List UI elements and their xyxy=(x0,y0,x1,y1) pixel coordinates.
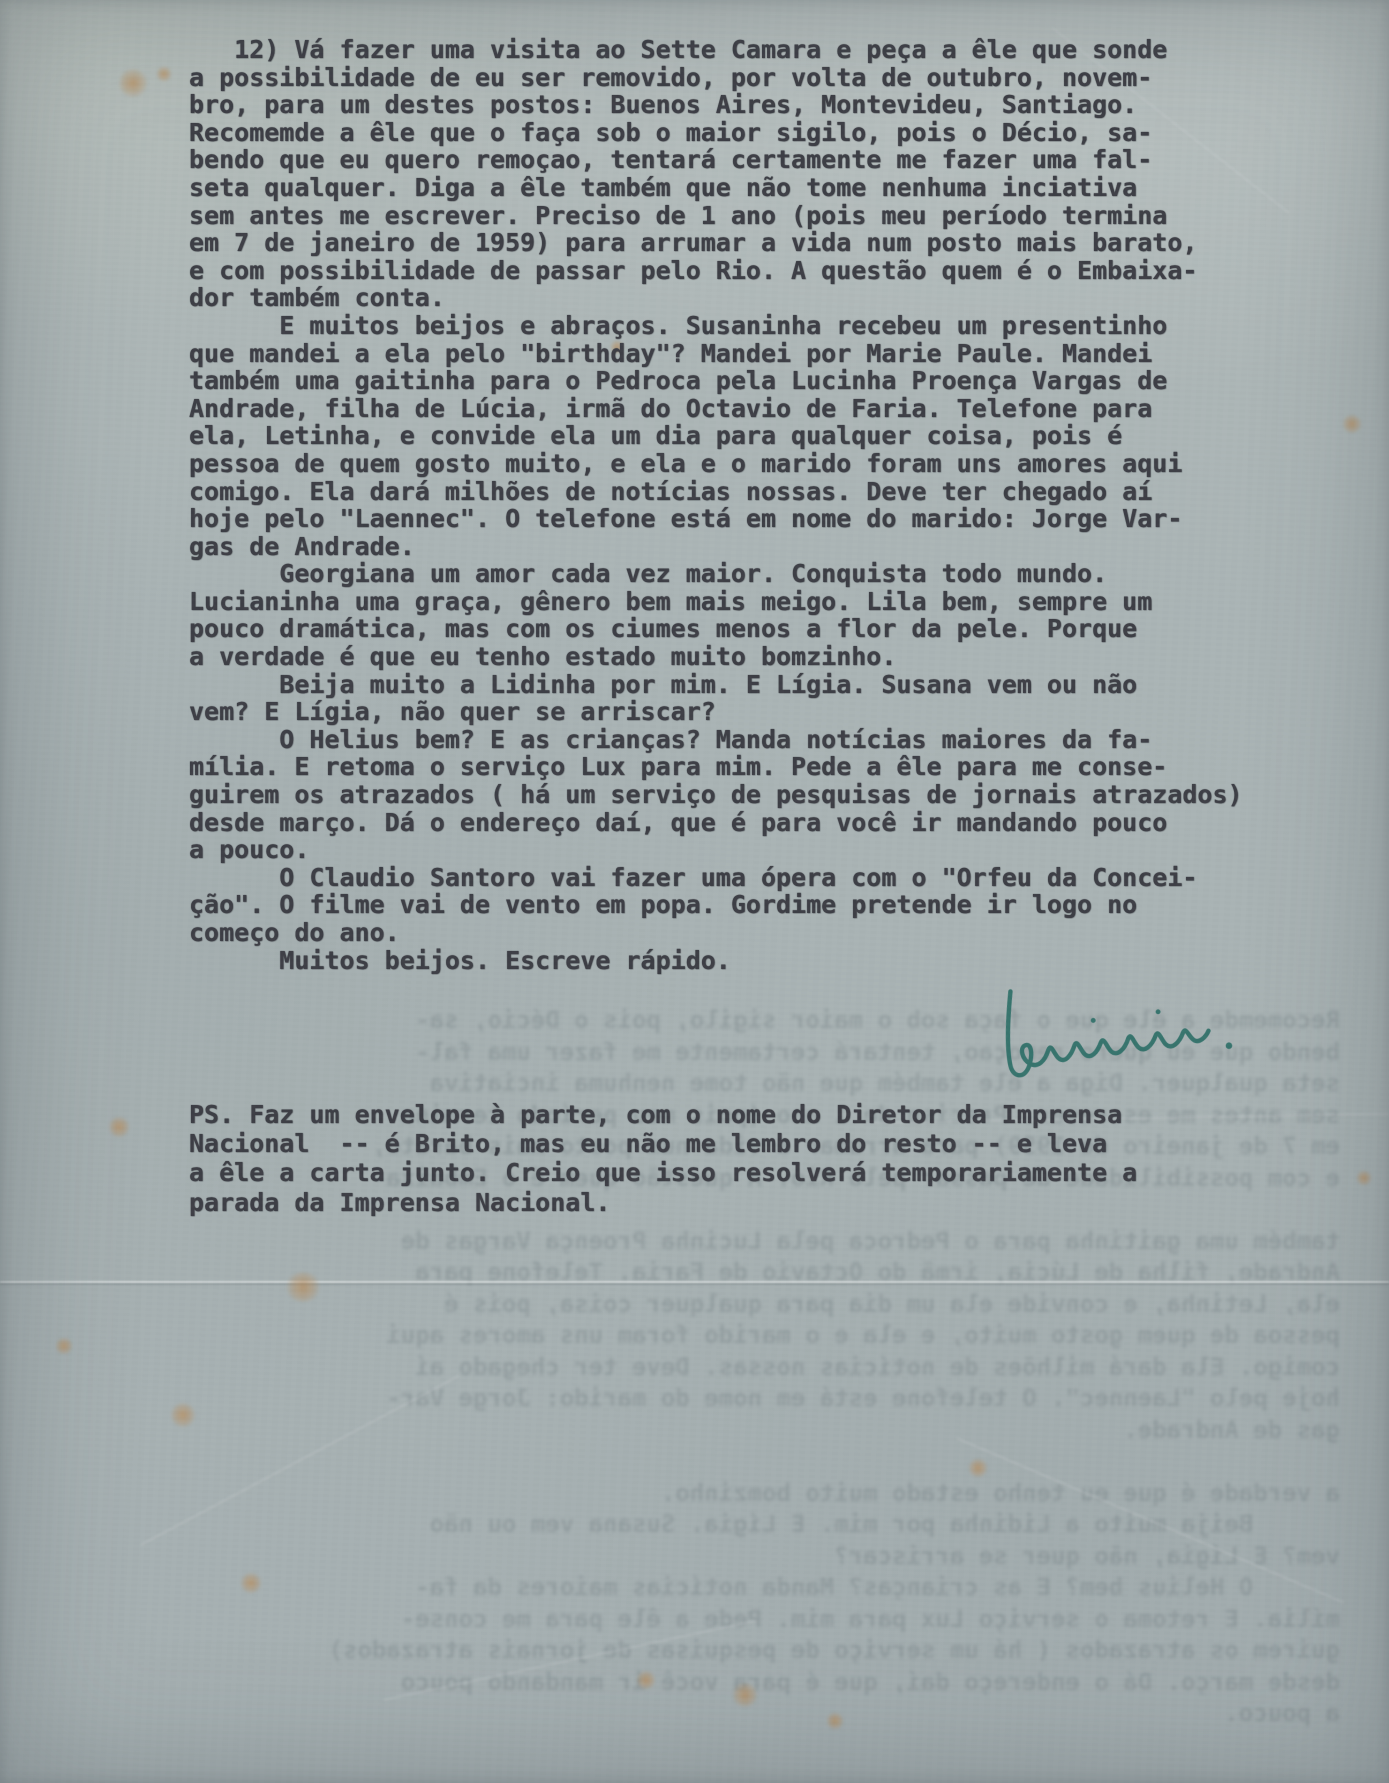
stain-spot xyxy=(732,1682,758,1708)
crease-line xyxy=(956,1438,1343,1604)
letter-line: O Helius bem? E as crianças? Manda notíc… xyxy=(189,726,1243,754)
letter-line: O Claudio Santoro vai fazer uma ópera co… xyxy=(189,864,1243,892)
postscript-line: parada da Imprensa Nacional. xyxy=(189,1188,1137,1217)
bleed-line: desde março. Dá o endereço daí, que é pa… xyxy=(55,1667,1340,1699)
stain-spot xyxy=(284,1272,322,1302)
letter-line: a verdade é que eu tenho estado muito bo… xyxy=(189,643,1243,671)
letter-line: Recomemde a êle que o faça sob o maior s… xyxy=(189,119,1243,147)
stain-spot xyxy=(1342,414,1362,434)
bleed-line: a verdade é que eu tenho estado muito bo… xyxy=(55,1478,1340,1510)
bleed-line: pessoa de quem gosto muito, e ela e o ma… xyxy=(55,1320,1340,1352)
bleed-line: comigo. Ela dará milhões de notícias nos… xyxy=(55,1352,1340,1384)
bleed-line: hoje pelo "Laennec". O telefone está em … xyxy=(55,1383,1340,1415)
postscript-line: Nacional -- é Brito, mas eu não me lembr… xyxy=(189,1129,1137,1158)
stain-spot xyxy=(636,1670,656,1690)
signature-text: Vinicius. xyxy=(999,1090,1000,1091)
letter-line: começo do ano. xyxy=(189,919,1243,947)
letter-line: Georgiana um amor cada vez maior. Conqui… xyxy=(189,560,1243,588)
letter-line: vem? E Lígia, não quer se arriscar? xyxy=(189,698,1243,726)
letter-line: seta qualquer. Diga a êle também que não… xyxy=(189,174,1243,202)
letter-line: Muitos beijos. Escreve rápido. xyxy=(189,947,1243,975)
postscript-line: PS. Faz um envelope à parte, com o nome … xyxy=(189,1100,1137,1129)
letter-line: bro, para um destes postos: Buenos Aires… xyxy=(189,91,1243,119)
postscript: PS. Faz um envelope à parte, com o nome … xyxy=(189,1100,1137,1217)
letter-line: 12) Vá fazer uma visita ao Sette Camara … xyxy=(189,36,1243,64)
letter-line: Lucianinha uma graça, gênero bem mais me… xyxy=(189,588,1243,616)
letter-line: também uma gaitinha para o Pedroca pela … xyxy=(189,367,1243,395)
letter-line: desde março. Dá o endereço daí, que é pa… xyxy=(189,809,1243,837)
letter-page: Recomemde a êle que o faça sob o maior s… xyxy=(0,0,1389,1783)
letter-line: ela, Letinha, e convide ela um dia para … xyxy=(189,422,1243,450)
bleed-line: também uma gaitinha para o Pedroca pela … xyxy=(55,1226,1340,1258)
letter-body: 12) Vá fazer uma visita ao Sette Camara … xyxy=(189,36,1243,974)
letter-line: comigo. Ela dará milhões de notícias nos… xyxy=(189,478,1243,506)
letter-line: guirem os atrazados ( há um serviço de p… xyxy=(189,781,1243,809)
letter-line: que mandei a ela pelo "birthday"? Mandei… xyxy=(189,340,1243,368)
stain-spot xyxy=(826,1712,844,1730)
letter-line: sem antes me escrever. Preciso de 1 ano … xyxy=(189,202,1243,230)
fold-crease xyxy=(0,1281,1389,1285)
signature: Vinicius. xyxy=(992,972,1244,1091)
stain-spot xyxy=(968,1458,988,1478)
stain-spot xyxy=(1356,1170,1372,1186)
bleed-line: O Helius bem? E as crianças? Manda notíc… xyxy=(55,1572,1340,1604)
letter-line: em 7 de janeiro de 1959) para arrumar a … xyxy=(189,229,1243,257)
letter-line: a possibilidade de eu ser removido, por … xyxy=(189,64,1243,92)
letter-line: Beija muito a Lidinha por mim. E Lígia. … xyxy=(189,671,1243,699)
signature-ink-icon xyxy=(992,972,1244,1091)
letter-line: ção". O filme vai de vento em popa. Gord… xyxy=(189,891,1243,919)
letter-line: hoje pelo "Laennec". O telefone está em … xyxy=(189,505,1243,533)
bleed-line: a pouco. xyxy=(55,1698,1340,1730)
stain-spot xyxy=(240,1572,262,1594)
letter-line: bendo que eu quero remoçao, tentará cert… xyxy=(189,146,1243,174)
stain-spot xyxy=(118,68,148,98)
letter-line: pessoa de quem gosto muito, e ela e o ma… xyxy=(189,450,1243,478)
crease-line xyxy=(141,1376,460,1547)
letter-line: Andrade, filha de Lúcia, irmã do Octavio… xyxy=(189,395,1243,423)
crease-line xyxy=(384,1621,756,1702)
postscript-line: a êle a carta junto. Creio que isso reso… xyxy=(189,1158,1137,1187)
stain-spot xyxy=(108,1116,130,1138)
bleed-line xyxy=(55,1446,1340,1478)
letter-line: e com possibilidade de passar pelo Rio. … xyxy=(189,257,1243,285)
stain-spot xyxy=(156,66,172,82)
bleed-line: Beija muito a Lidinha por mim. E Lígia. … xyxy=(55,1509,1340,1541)
letter-line: mília. E retoma o serviço Lux para mim. … xyxy=(189,753,1243,781)
bleed-line: mília. E retoma o serviço Lux para mim. … xyxy=(55,1604,1340,1636)
bleed-line: Andrade, filha de Lúcia, irmã do Octavio… xyxy=(55,1257,1340,1289)
letter-line: pouco dramática, mas com os ciumes menos… xyxy=(189,615,1243,643)
letter-line: E muitos beijos e abraços. Susaninha rec… xyxy=(189,312,1243,340)
bleed-line: guirem os atrazados ( há um serviço de p… xyxy=(55,1635,1340,1667)
stain-spot xyxy=(55,1337,73,1355)
letter-line: a pouco. xyxy=(189,836,1243,864)
bleed-line: vem? E Lígia, não quer se arriscar? xyxy=(55,1541,1340,1573)
stain-spot xyxy=(170,1402,196,1428)
bleed-line: gas de Andrade. xyxy=(55,1415,1340,1447)
letter-line: dor também conta. xyxy=(189,284,1243,312)
bleed-line: ela, Letinha, e convide ela um dia para … xyxy=(55,1289,1340,1321)
letter-line: gas de Andrade. xyxy=(189,533,1243,561)
